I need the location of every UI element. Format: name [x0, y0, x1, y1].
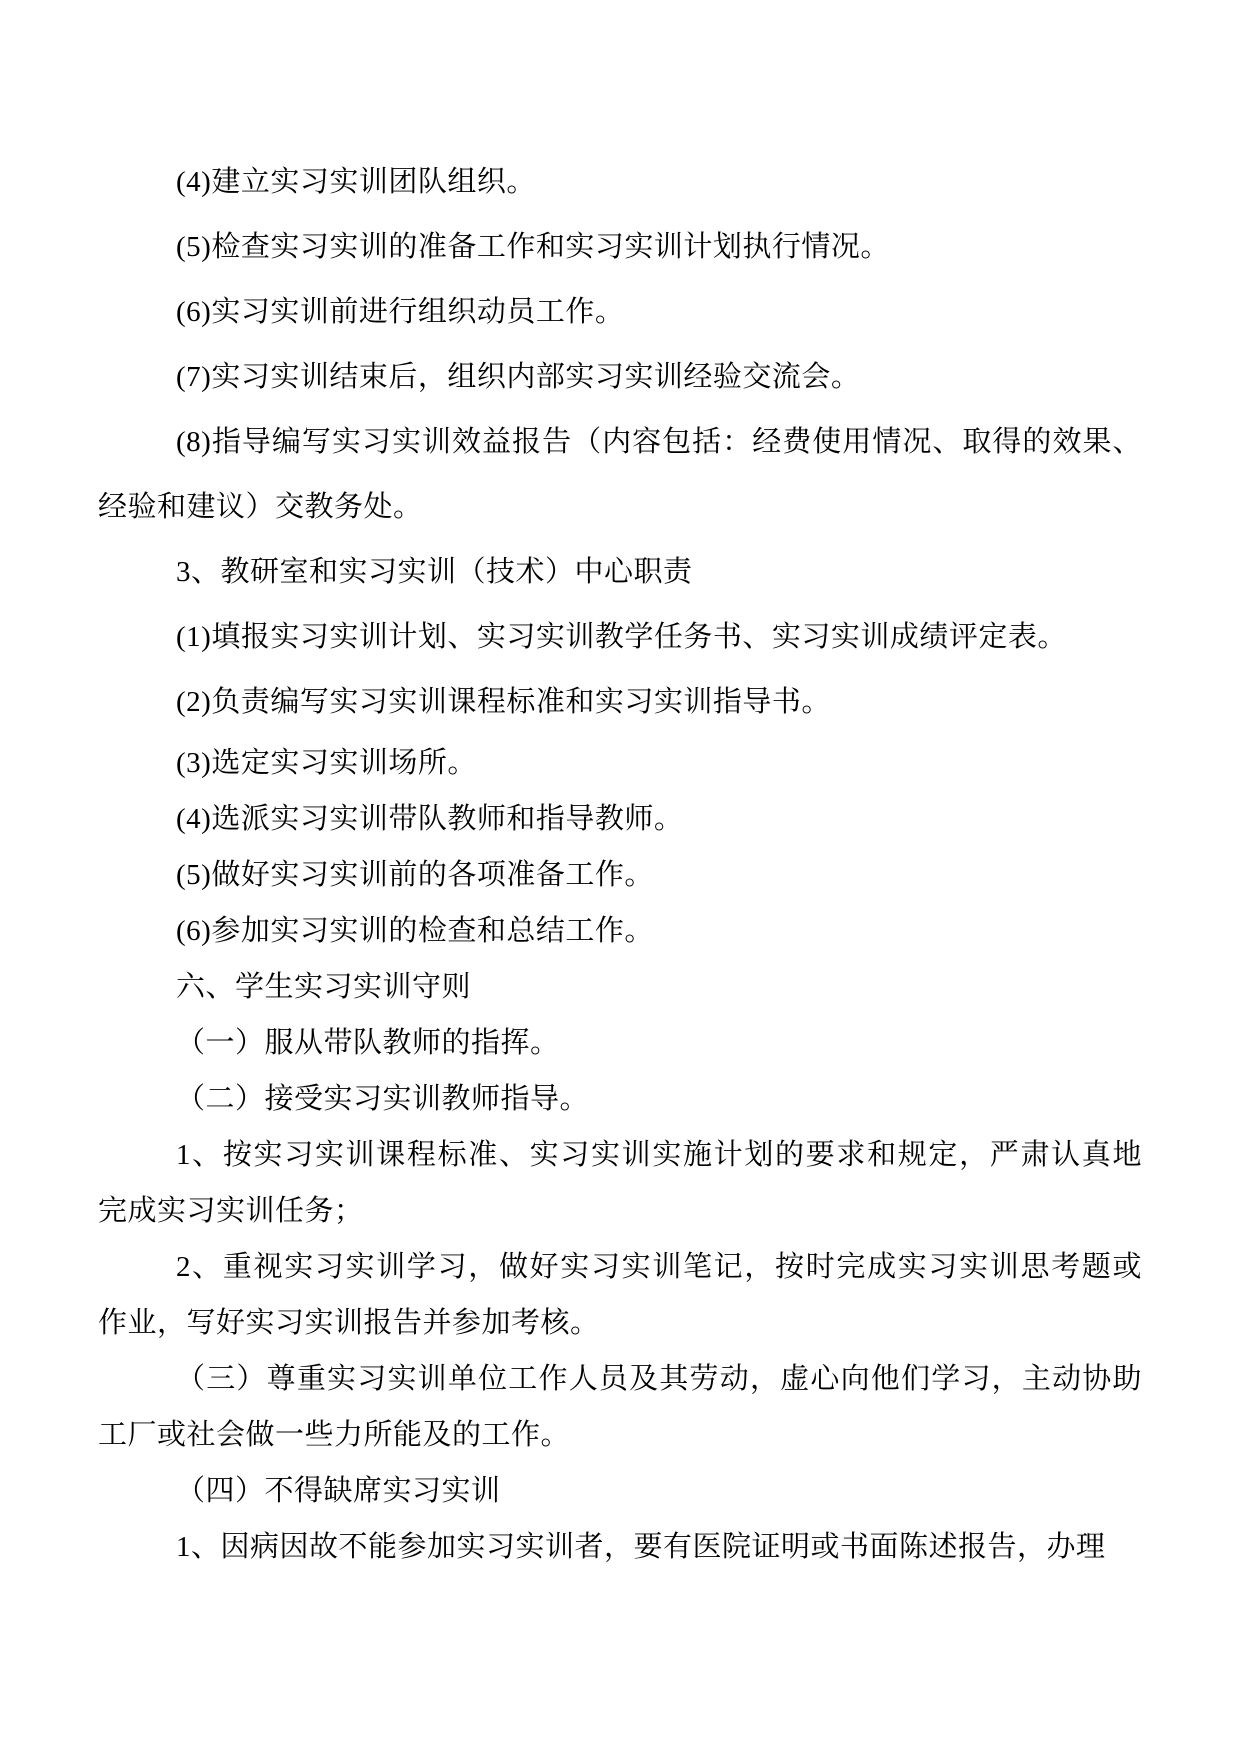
list-item-line: (3)选定实习实训场所。 — [98, 735, 1142, 791]
paragraph-continuation: 经验和建议）交教务处。 — [98, 475, 1142, 540]
list-item-line: (2)负责编写实习实训课程标准和实习实训指导书。 — [98, 670, 1142, 735]
list-item-line: （四）不得缺席实习实训 — [98, 1463, 1142, 1519]
list-item-line: (4)建立实习实训团队组织。 — [98, 150, 1142, 215]
list-item-line: (6)实习实训前进行组织动员工作。 — [98, 280, 1142, 345]
list-item-line: (1)填报实习实训计划、实习实训教学任务书、实习实训成绩评定表。 — [98, 605, 1142, 670]
list-item-line: (5)做好实习实训前的各项准备工作。 — [98, 847, 1142, 903]
paragraph-continuation: 完成实习实训任务； — [98, 1183, 1142, 1239]
list-item-line: （一）服从带队教师的指挥。 — [98, 1015, 1142, 1071]
paragraph-continuation: 工厂或社会做一些力所能及的工作。 — [98, 1407, 1142, 1463]
list-item-line: (7)实习实训结束后，组织内部实习实训经验交流会。 — [98, 345, 1142, 410]
list-item-line: （二）接受实习实训教师指导。 — [98, 1071, 1142, 1127]
section-heading: 六、学生实习实训守则 — [98, 959, 1142, 1015]
list-item-line: (8)指导编写实习实训效益报告（内容包括：经费使用情况、取得的效果、 — [98, 410, 1142, 475]
subsection-heading: 3、教研室和实习实训（技术）中心职责 — [98, 540, 1142, 605]
document-page: (4)建立实习实训团队组织。 (5)检查实习实训的准备工作和实习实训计划执行情况… — [0, 0, 1242, 1755]
list-item-line: (4)选派实习实训带队教师和指导教师。 — [98, 791, 1142, 847]
list-item-line: 1、因病因故不能参加实习实训者，要有医院证明或书面陈述报告，办理 — [98, 1519, 1142, 1575]
list-item-line: 1、按实习实训课程标准、实习实训实施计划的要求和规定，严肃认真地 — [98, 1127, 1142, 1183]
list-item-line: 2、重视实习实训学习，做好实习实训笔记，按时完成实习实训思考题或 — [98, 1239, 1142, 1295]
list-item-line: （三）尊重实习实训单位工作人员及其劳动，虚心向他们学习，主动协助 — [98, 1351, 1142, 1407]
document-body: (4)建立实习实训团队组织。 (5)检查实习实训的准备工作和实习实训计划执行情况… — [0, 0, 1242, 1575]
list-item-line: (5)检查实习实训的准备工作和实习实训计划执行情况。 — [98, 215, 1142, 280]
list-item-line: (6)参加实习实训的检查和总结工作。 — [98, 903, 1142, 959]
paragraph-continuation: 作业，写好实习实训报告并参加考核。 — [98, 1295, 1142, 1351]
